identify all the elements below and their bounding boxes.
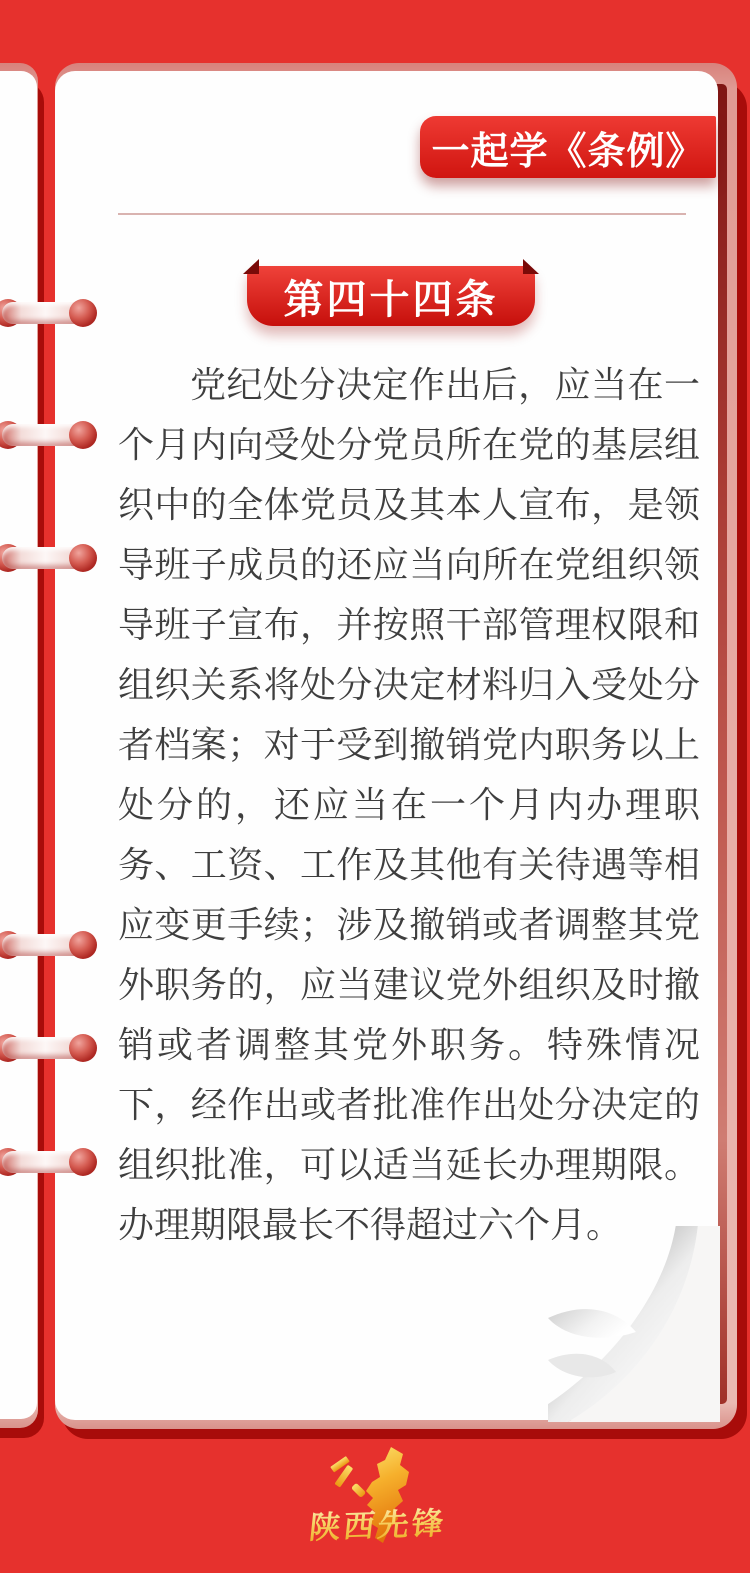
- binder-ring: [0, 299, 97, 327]
- hammer-sickle-icon: [323, 1452, 373, 1502]
- series-badge-label: 一起学《条例》: [431, 120, 704, 175]
- binder-ring: [0, 421, 97, 449]
- article-body: 党纪处分决定作出后，应当在一个月内向受处分党员所在党的基层组织中的全体党员及其本…: [118, 356, 700, 1256]
- ring-cap-icon: [69, 299, 97, 327]
- ring-cap-icon: [69, 544, 97, 572]
- page-curl-icon: [548, 1226, 720, 1422]
- binder-ring: [0, 1034, 97, 1062]
- ring-cap-icon: [69, 1148, 97, 1176]
- divider-line: [118, 213, 686, 215]
- series-badge: 一起学《条例》: [420, 116, 716, 178]
- ring-cap-icon: [69, 931, 97, 959]
- footer-logo: 陕西先锋: [273, 1444, 483, 1566]
- binder-ring: [0, 931, 97, 959]
- brand-wordmark: 陕西先锋: [270, 1496, 486, 1548]
- left-page-edge: [0, 71, 37, 1419]
- ring-cap-icon: [69, 1034, 97, 1062]
- article-number-banner: 第四十四条: [247, 266, 535, 326]
- binder-ring: [0, 544, 97, 572]
- poster-canvas: 一起学《条例》 第四十四条 党纪处分决定作出后，应当在一个月内向受处分党员所在党…: [0, 0, 750, 1573]
- binder-ring: [0, 1148, 97, 1176]
- ring-cap-icon: [69, 421, 97, 449]
- article-number-label: 第四十四条: [284, 268, 499, 325]
